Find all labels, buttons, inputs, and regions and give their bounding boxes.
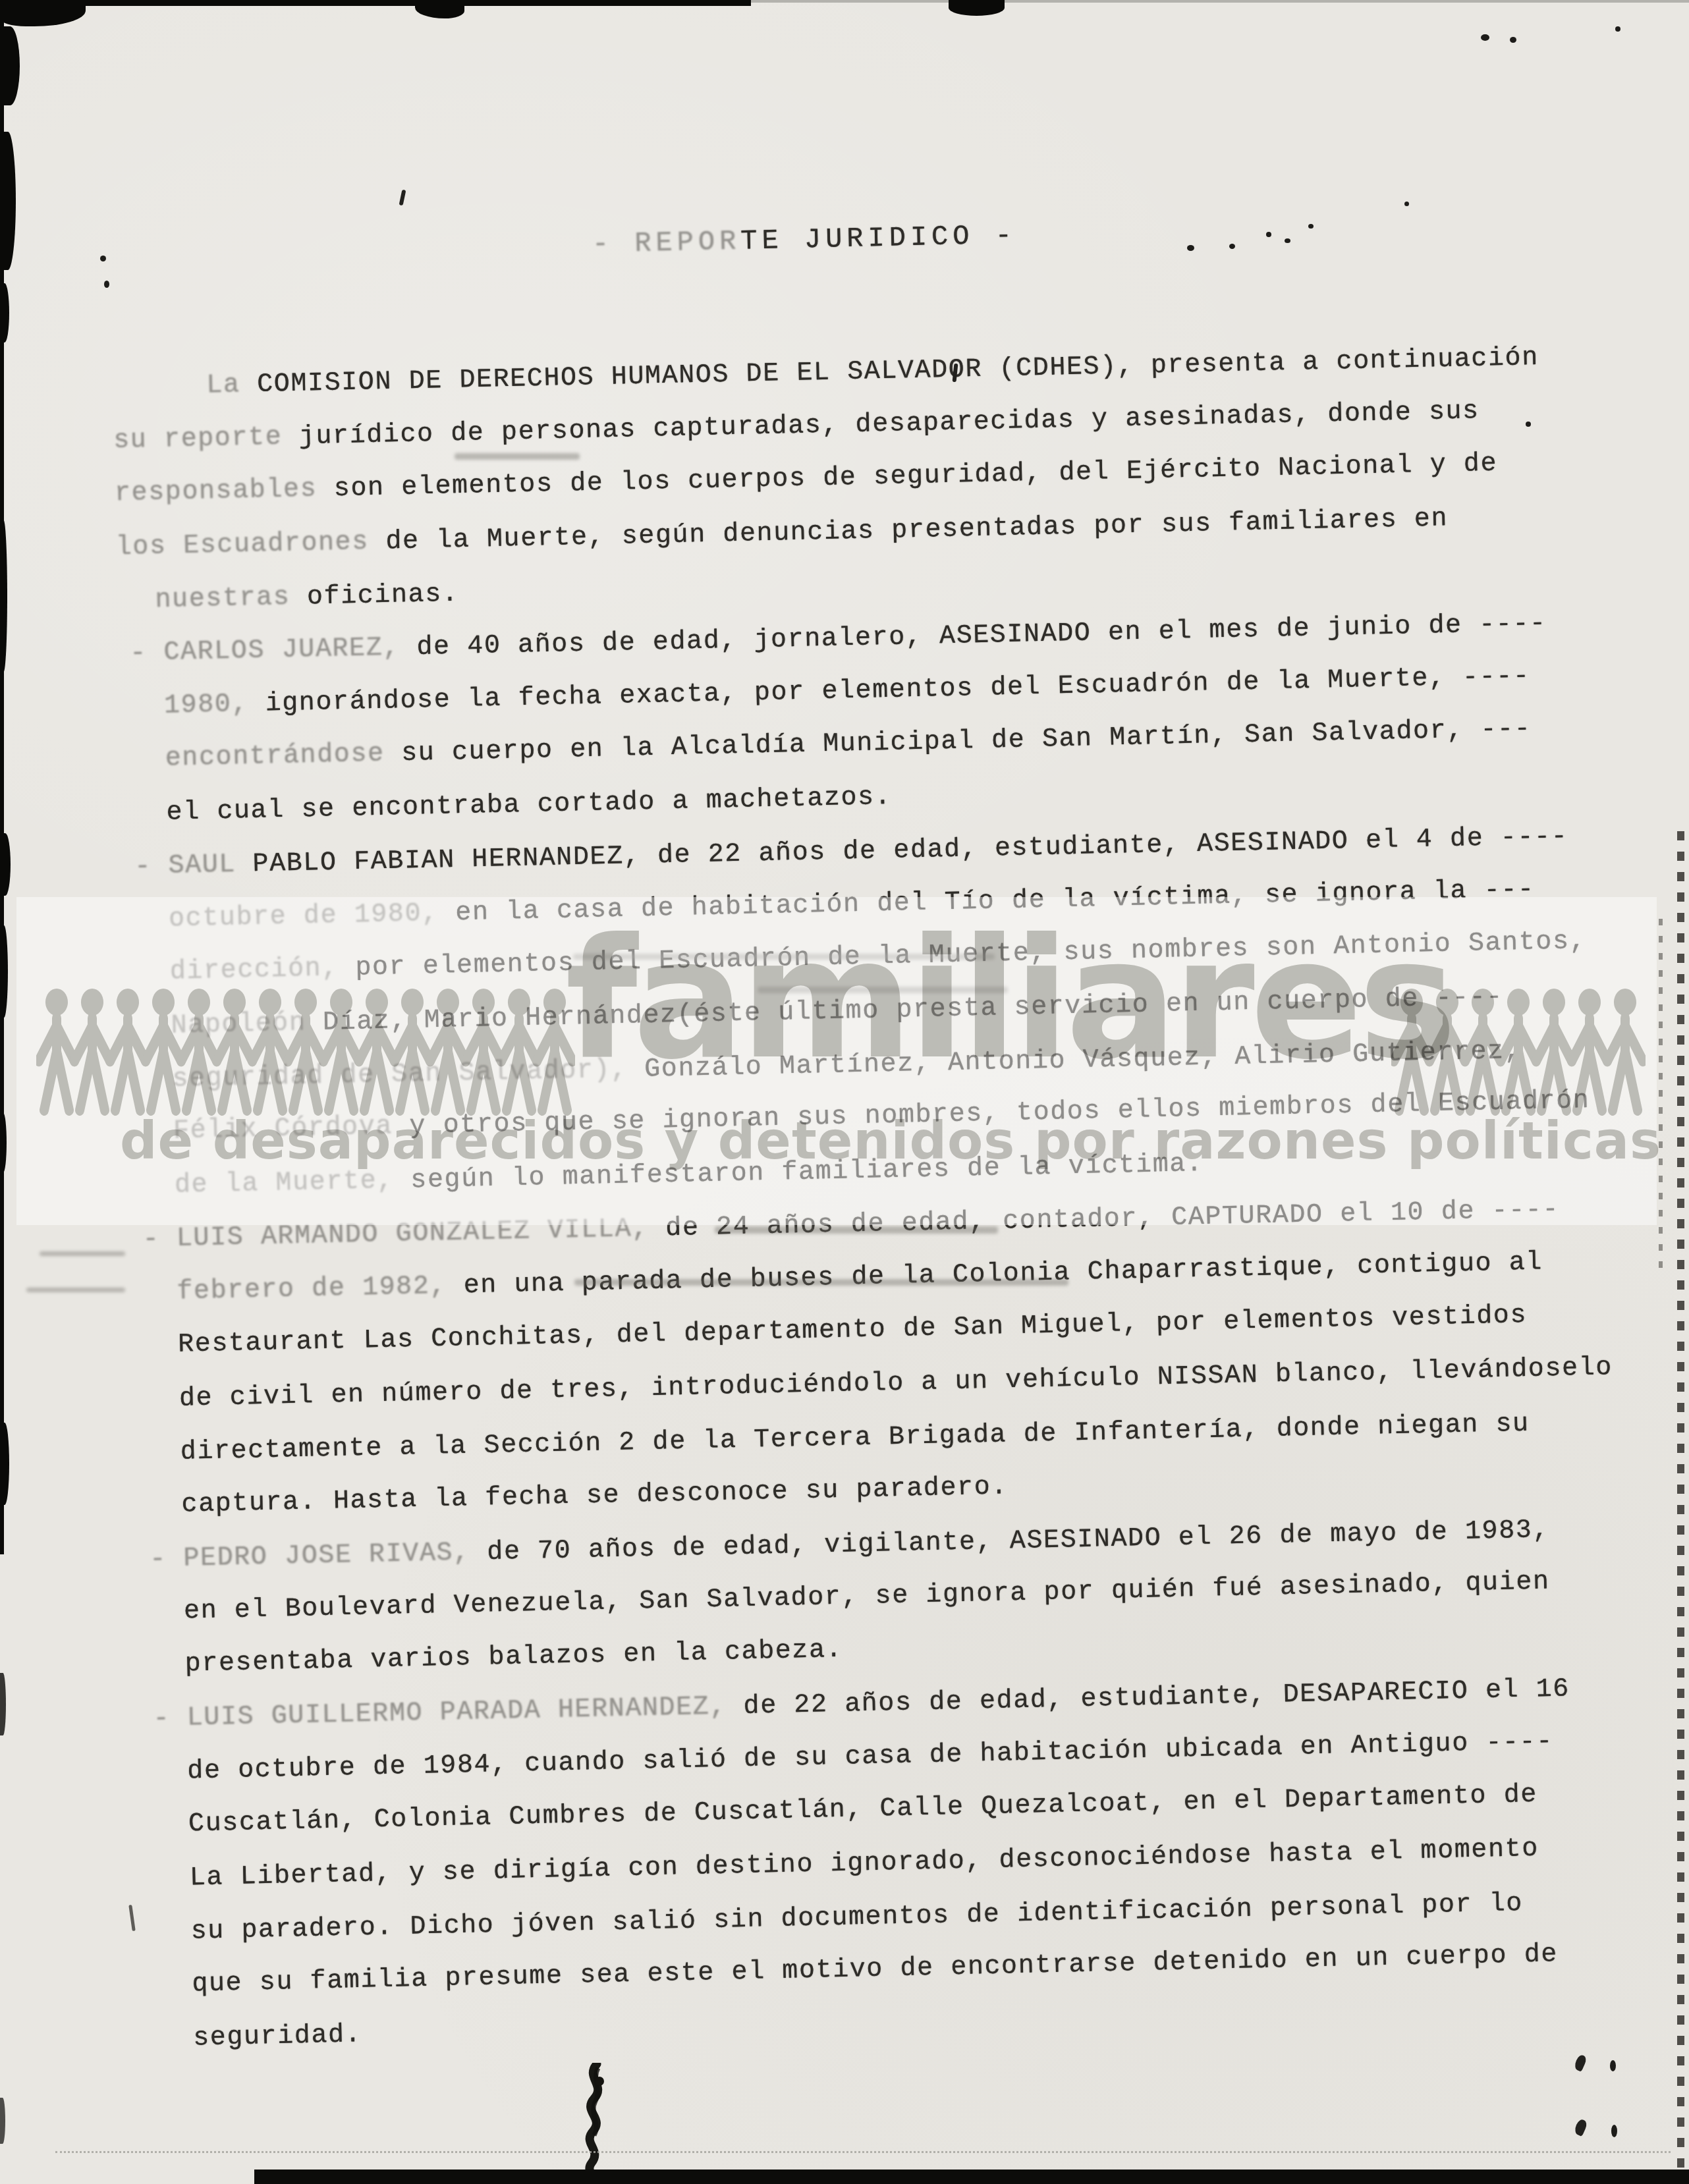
scan-speckle bbox=[1481, 34, 1489, 41]
typed-text: oficinas. bbox=[290, 579, 459, 612]
title-text: TE JURIDICO - bbox=[740, 220, 1017, 258]
case-paragraph: - CARLOS JUAREZ, de 40 años de edad, jor… bbox=[117, 595, 1649, 841]
typed-text: de 70 años de edad, vigilante, ASESINADO… bbox=[470, 1515, 1549, 1568]
paper-doll-chain-icon bbox=[36, 985, 575, 1120]
scan-speckle bbox=[1610, 2060, 1616, 2071]
faded-text: su reporte bbox=[113, 423, 283, 456]
faded-text: los Escuadrones bbox=[115, 528, 369, 562]
scan-blotch bbox=[0, 1423, 9, 1505]
scan-blotch bbox=[0, 132, 16, 270]
scan-speckle bbox=[399, 190, 406, 206]
scan-speckle bbox=[1266, 232, 1271, 237]
scan-edge-right-faint bbox=[1659, 919, 1663, 1274]
scan-blotch bbox=[0, 925, 8, 1018]
case-paragraph: - LUIS GUILLERMO PARADA HERNANDEZ, de 22… bbox=[140, 1660, 1676, 2067]
scan-speckle bbox=[1573, 2118, 1588, 2137]
typed-text: seguridad. bbox=[193, 2020, 362, 2053]
scan-speckle bbox=[1404, 202, 1409, 206]
scan-blotch bbox=[0, 26, 20, 105]
smudge-mark bbox=[40, 1251, 125, 1256]
faded-text: 1980, bbox=[164, 690, 249, 721]
scan-speckle bbox=[1615, 26, 1620, 32]
scan-edge-right bbox=[1677, 831, 1684, 2184]
faded-text: febrero de 1982, bbox=[177, 1272, 447, 1307]
typed-text: presentaba varios balazos en la cabeza. bbox=[184, 1635, 843, 1679]
title-faded-part: - REPOR bbox=[592, 226, 740, 261]
scan-bottom-dotted-line bbox=[55, 2151, 1671, 2153]
scan-blotch bbox=[0, 2098, 5, 2144]
watermark-word: familiares bbox=[565, 917, 1453, 1083]
scan-blotch bbox=[415, 0, 464, 18]
faded-text: - CARLOS JUAREZ, bbox=[130, 634, 401, 669]
typed-text: de 22 años de edad, estudiante, DESAPARE… bbox=[727, 1675, 1570, 1722]
scan-blotch bbox=[0, 1113, 7, 1172]
scan-speckle bbox=[128, 1905, 136, 1931]
typed-text: captura. Hasta la fecha se desconoce su … bbox=[181, 1472, 1008, 1519]
scan-speckle bbox=[1229, 244, 1235, 249]
scan-speckle bbox=[104, 281, 109, 288]
scan-blotch bbox=[0, 0, 86, 26]
document-title: - REPORTE JURIDICO - bbox=[592, 220, 1016, 261]
paper-doll-chain-icon bbox=[1391, 985, 1646, 1120]
intro-paragraph: La COMISION DE DERECHOS HUMANOS DE EL SA… bbox=[111, 329, 1644, 628]
scan-speckle bbox=[1573, 2054, 1588, 2072]
scan-speckle bbox=[100, 256, 106, 261]
faded-text: - PEDRO JOSE RIVAS, bbox=[150, 1538, 470, 1574]
scanned-document-page: { "colors":{ "paper":"#e9e7e2", "ink":"#… bbox=[0, 0, 1689, 2184]
scan-speckle bbox=[1510, 37, 1516, 43]
scan-speckle bbox=[1308, 224, 1314, 229]
faded-text: nuestras bbox=[155, 583, 291, 615]
case-paragraph: - LUIS ARMANDO GONZALEZ VILLA, de 24 año… bbox=[129, 1181, 1664, 1534]
smudge-mark bbox=[26, 1288, 125, 1292]
faded-text: - SAUL bbox=[134, 850, 236, 882]
typed-text: el cual se encontraba cortado a machetaz… bbox=[166, 782, 892, 828]
scan-edge-top-thin bbox=[751, 0, 1689, 3]
watermark-subtitle: de desaparecidos y detenidos por razones… bbox=[120, 1110, 1661, 1171]
faded-text: La bbox=[206, 370, 258, 401]
faded-text: encontrándose bbox=[165, 740, 385, 774]
faded-text: - LUIS GUILLERMO PARADA HERNANDEZ, bbox=[153, 1693, 727, 1734]
scan-speckle bbox=[1577, 2171, 1590, 2184]
scan-blotch bbox=[949, 0, 1005, 16]
scan-edge-left bbox=[0, 0, 4, 1554]
scan-bottom-bar bbox=[254, 2170, 1689, 2184]
scan-blotch bbox=[0, 833, 11, 896]
scan-speckle bbox=[1187, 245, 1194, 251]
scan-blotch bbox=[0, 520, 7, 672]
scan-blotch bbox=[0, 283, 9, 342]
scan-speckle bbox=[1285, 238, 1290, 243]
scan-blotch bbox=[0, 1673, 6, 1735]
scan-edge-top bbox=[0, 0, 751, 6]
faded-text: responsables bbox=[115, 475, 318, 509]
ink-scribble bbox=[565, 2063, 624, 2184]
scan-speckle bbox=[1611, 2125, 1617, 2137]
